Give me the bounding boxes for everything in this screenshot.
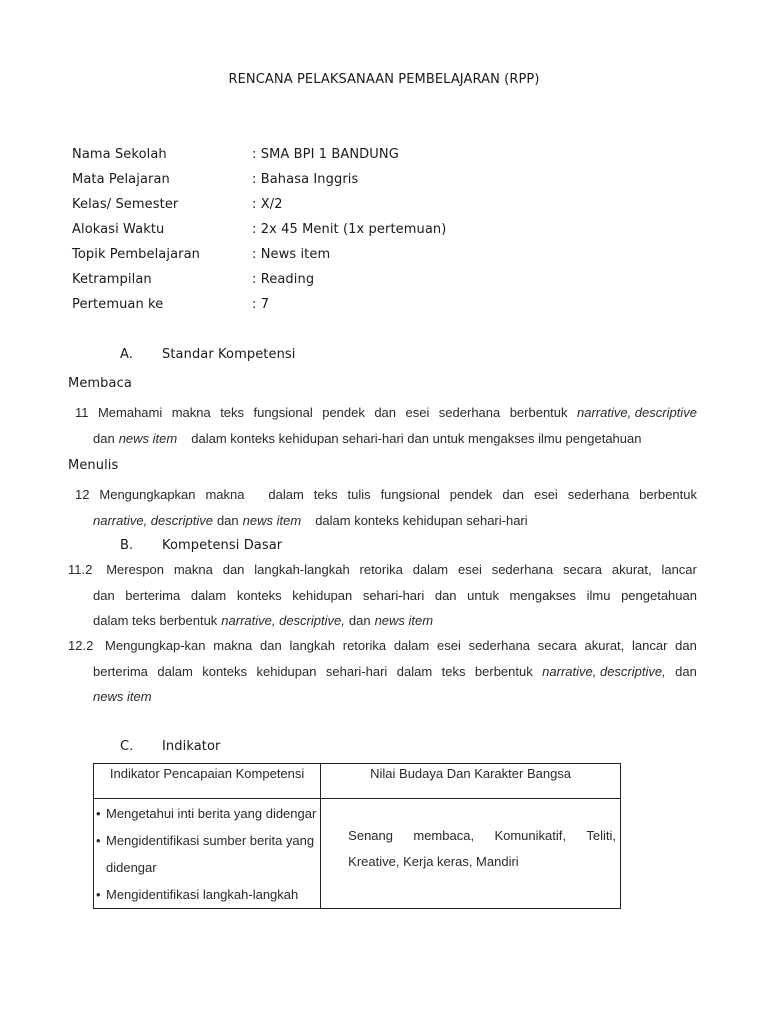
document-title: RENCANA PELAKSANAAN PEMBELAJARAN (RPP) (0, 72, 768, 87)
text: dalam teks berbentuk (93, 608, 217, 634)
indicator-text: Mengidentifikasi langkah-langkah (106, 887, 298, 902)
word: makna (205, 482, 244, 508)
section-title: Kompetensi Dasar (162, 538, 282, 553)
word: ilmu (587, 583, 611, 609)
item-number: 12.2 (68, 633, 93, 659)
paragraph-line: dalam teks berbentuk narrative, descript… (68, 608, 697, 634)
italic-term: narrative, descriptive, (542, 659, 666, 685)
identity-value: : 2x 45 Menit (1x pertemuan) (252, 222, 446, 237)
italic-term: news item (243, 508, 302, 534)
word: dan (435, 583, 457, 609)
identity-label: Ketrampilan (72, 272, 152, 287)
identity-value: : SMA BPI 1 BANDUNG (252, 147, 399, 162)
indicator-list: •Mengetahui inti berita yang didengar •M… (94, 799, 320, 908)
word: pendek (450, 482, 493, 508)
word: dalam (157, 659, 192, 685)
membaca-heading: Membaca (68, 376, 132, 391)
values-line: Kreative, Kerja keras, Mandiri (348, 849, 616, 875)
word: berbentuk (639, 482, 697, 508)
word: langkah-langkah (254, 557, 349, 583)
word: tulis (348, 482, 371, 508)
identity-value: : X/2 (252, 197, 283, 212)
indicator-text-continuation: didengar (96, 854, 320, 881)
word: dan (260, 633, 282, 659)
word: sehari-hari (326, 659, 387, 685)
identity-value: : News item (252, 247, 330, 262)
bullet-icon: • (96, 827, 106, 854)
italic-term: narrative, descriptive, (221, 608, 345, 634)
paragraph-line: 12 Mengungkapkan makna dalam teks tulis … (75, 482, 697, 508)
word: sehari-hari (363, 583, 424, 609)
identity-label: Nama Sekolah (72, 147, 167, 162)
identity-value: : 7 (252, 297, 269, 312)
item-number: 12 (75, 482, 89, 508)
identity-value: : Bahasa Inggris (252, 172, 358, 187)
word: secara (563, 557, 602, 583)
italic-term: news item (93, 684, 152, 710)
word: sederhana (469, 633, 530, 659)
sk-menulis-paragraph: 12 Mengungkapkan makna dalam teks tulis … (75, 482, 697, 533)
paragraph-line: dan news item dalam konteks kehidupan se… (75, 426, 697, 452)
word: sederhana (568, 482, 629, 508)
word: lancar (632, 633, 667, 659)
word: Komunikatif, (494, 823, 566, 849)
identity-label: Pertemuan ke (72, 297, 163, 312)
word: dan (223, 557, 245, 583)
indicator-table: Indikator Pencapaian Kompetensi Nilai Bu… (93, 763, 621, 909)
bullet-icon: • (96, 800, 106, 827)
word: retorika (343, 633, 386, 659)
identity-label: Kelas/ Semester (72, 197, 178, 212)
word: Senang (348, 823, 393, 849)
identity-value: : Reading (252, 272, 314, 287)
section-b-heading: B.Kompetensi Dasar (120, 538, 282, 553)
word: dalam (268, 482, 303, 508)
word: Merespon (106, 557, 164, 583)
italic-term: news item (375, 608, 434, 634)
word: esei (534, 482, 558, 508)
values-line: Senang membaca, Komunikatif, Teliti, (348, 823, 616, 849)
word: konteks (237, 583, 282, 609)
text: dalam konteks kehidupan sehari-hari dan … (191, 426, 641, 452)
word: konteks (202, 659, 247, 685)
italic-term: news item (119, 426, 178, 452)
word: kehidupan (292, 583, 352, 609)
word: makna (213, 633, 252, 659)
bullet-icon: • (96, 881, 106, 908)
paragraph-line: news item (68, 684, 697, 710)
paragraph-line: berterima dalam konteks kehidupan sehari… (68, 659, 697, 685)
section-title: Standar Kompetensi (162, 347, 296, 362)
indicator-text: Mengidentifikasi sumber berita yang (106, 833, 314, 848)
word: dalam (394, 633, 429, 659)
indicators-cell: •Mengetahui inti berita yang didengar •M… (94, 799, 321, 909)
column-header-indicators: Indikator Pencapaian Kompetensi (94, 764, 321, 799)
word: dan (374, 400, 396, 426)
italic-term: narrative, descriptive (93, 508, 213, 534)
kd-11-2-paragraph: 11.2 Merespon makna dan langkah-langkah … (68, 557, 697, 634)
section-a-heading: A.Standar Kompetensi (120, 347, 296, 362)
word: lancar (661, 557, 696, 583)
identity-label: Topik Pembelajaran (72, 247, 200, 262)
word: mengakses (510, 583, 576, 609)
list-item: •Mengetahui inti berita yang didengar (96, 800, 320, 827)
word: untuk (467, 583, 499, 609)
text: dalam konteks kehidupan sehari-hari (315, 508, 527, 534)
list-item: •Mengidentifikasi sumber berita yangdide… (96, 827, 320, 881)
word: berterima (125, 583, 180, 609)
item-number: 11 (75, 400, 89, 426)
section-letter: B. (120, 538, 162, 553)
paragraph-line: dan berterima dalam konteks kehidupan se… (68, 583, 697, 609)
word: berbentuk (510, 400, 568, 426)
word: membaca, (413, 823, 474, 849)
word: retorika (360, 557, 403, 583)
paragraph-line: 11 Memahami makna teks fungsional pendek… (75, 400, 697, 426)
word: dan (217, 508, 239, 534)
word: makna (174, 557, 213, 583)
list-item: •Mengidentifikasi langkah-langkah (96, 881, 320, 908)
word: dan (93, 583, 115, 609)
word: esei (437, 633, 461, 659)
menulis-heading: Menulis (68, 458, 118, 473)
table-row: •Mengetahui inti berita yang didengar •M… (94, 799, 621, 909)
section-letter: C. (120, 739, 162, 754)
word: dalam (191, 583, 226, 609)
character-values: Senang membaca, Komunikatif, Teliti, Kre… (348, 815, 616, 892)
word: esei (458, 557, 482, 583)
paragraph-line: 11.2 Merespon makna dan langkah-langkah … (68, 557, 697, 583)
italic-term: narrative, descriptive (577, 400, 697, 426)
word: Teliti, (586, 823, 616, 849)
word: fungsional (381, 482, 440, 508)
word: teks (442, 659, 466, 685)
kd-12-2-paragraph: 12.2 Mengungkap-kan makna dan langkah re… (68, 633, 697, 710)
word: dan (675, 659, 697, 685)
word: dalam (413, 557, 448, 583)
section-letter: A. (120, 347, 162, 362)
word: pendek (322, 400, 365, 426)
word: dan (502, 482, 524, 508)
indicator-text: Mengetahui inti berita yang didengar (106, 806, 316, 821)
table-header-row: Indikator Pencapaian Kompetensi Nilai Bu… (94, 764, 621, 799)
word: sederhana (439, 400, 500, 426)
identity-label: Mata Pelajaran (72, 172, 170, 187)
section-title: Indikator (162, 739, 221, 754)
paragraph-line: narrative, descriptive dan news item dal… (75, 508, 697, 534)
word: dan (675, 633, 697, 659)
paragraph-line: 12.2 Mengungkap-kan makna dan langkah re… (68, 633, 697, 659)
word: dalam (397, 659, 432, 685)
word: sederhana (492, 557, 553, 583)
word: esei (405, 400, 429, 426)
word: secara (538, 633, 577, 659)
column-header-values: Nilai Budaya Dan Karakter Bangsa (321, 764, 621, 799)
word: Mengungkapkan (99, 482, 195, 508)
word: teks (220, 400, 244, 426)
word: berbentuk (475, 659, 533, 685)
section-c-heading: C.Indikator (120, 739, 221, 754)
sk-membaca-paragraph: 11 Memahami makna teks fungsional pendek… (75, 400, 697, 451)
word: akurat, (585, 633, 625, 659)
values-cell: Senang membaca, Komunikatif, Teliti, Kre… (321, 799, 621, 909)
word: makna (172, 400, 211, 426)
word: Memahami (98, 400, 162, 426)
word: dan (93, 426, 115, 452)
word: langkah (289, 633, 335, 659)
identity-label: Alokasi Waktu (72, 222, 164, 237)
word: berterima (93, 659, 148, 685)
word: teks (314, 482, 338, 508)
word: dan (349, 608, 371, 634)
word: fungsional (253, 400, 312, 426)
word: pengetahuan (621, 583, 697, 609)
word: kehidupan (256, 659, 316, 685)
word: akurat, (612, 557, 652, 583)
word: Mengungkap-kan (105, 633, 205, 659)
item-number: 11.2 (68, 557, 92, 583)
